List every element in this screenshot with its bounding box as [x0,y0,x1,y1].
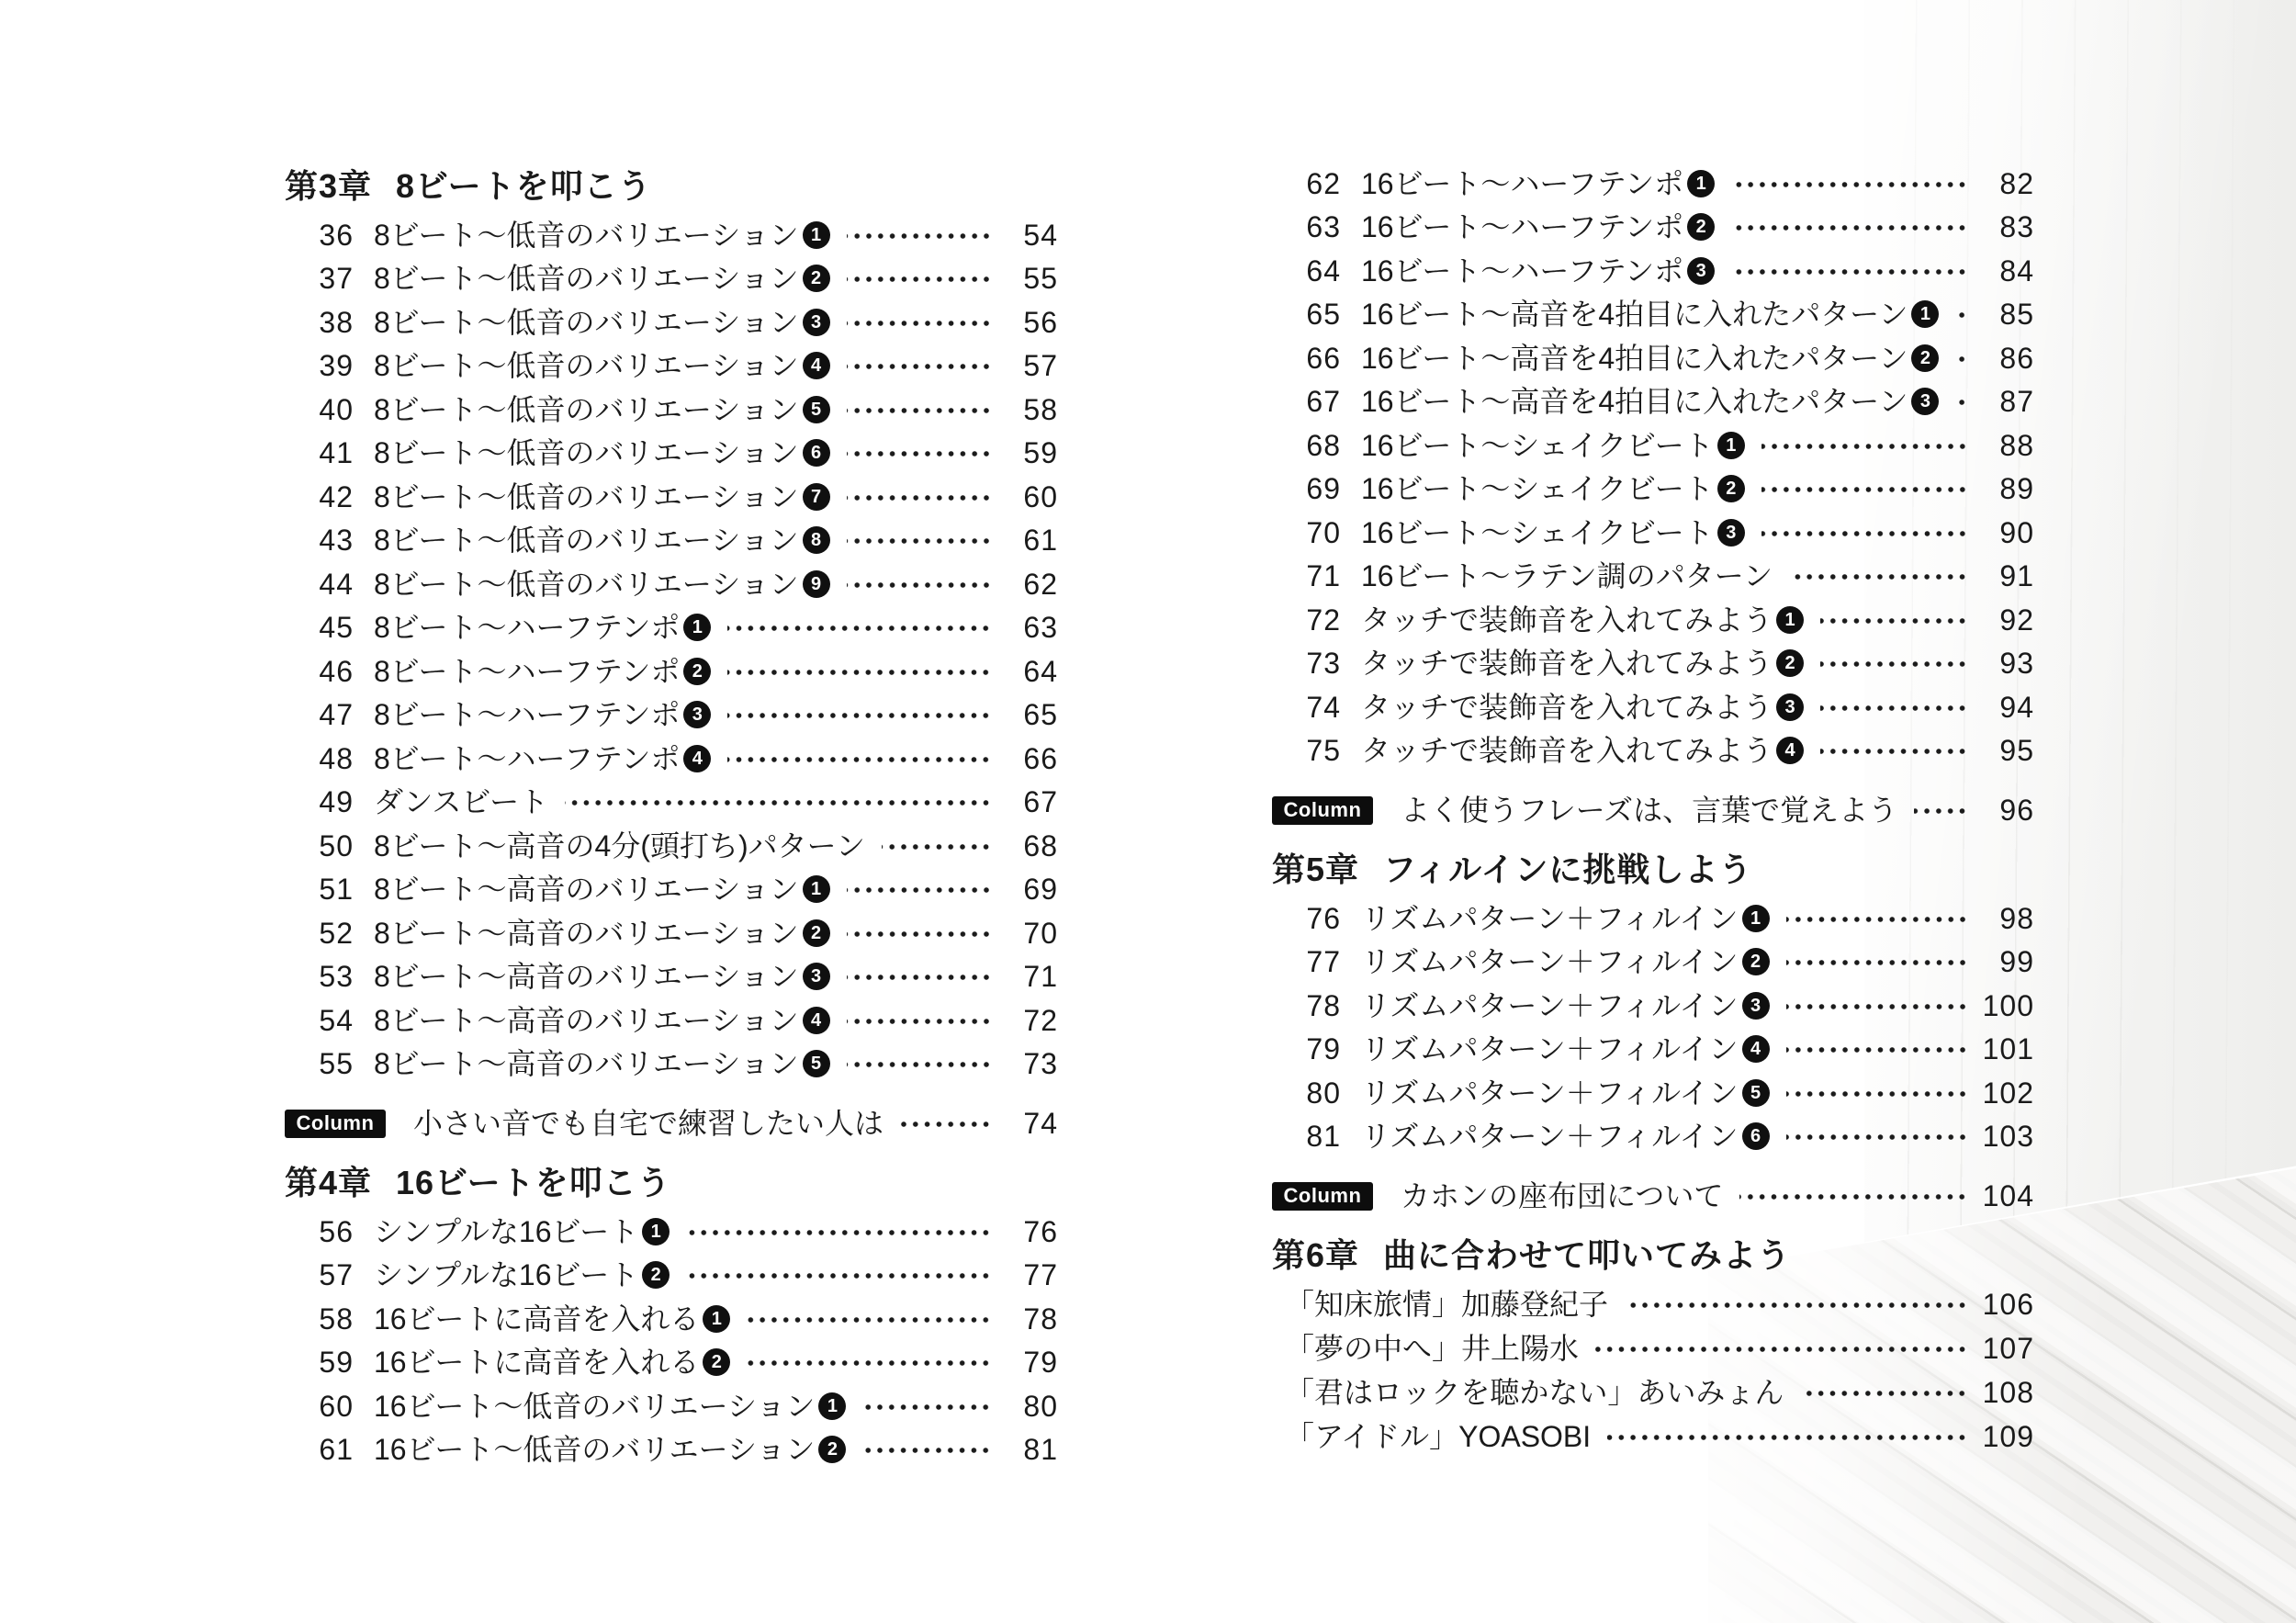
song-title: 「アイドル」YOASOBI [1285,1422,1591,1451]
toc-item: 68 16ビート～シェイクビート1 88 [1272,423,2034,468]
dot-leader [1955,395,1968,410]
item-badge-number: 3 [803,963,830,990]
item-title-text: タッチで装飾音を入れてみよう [1361,605,1773,635]
item-number: 74 [1272,693,1341,722]
dot-leader [565,795,992,810]
item-title: 8ビート～低音のバリエーション8 [374,525,830,555]
toc-item: 73 タッチで装飾音を入れてみよう2 93 [1272,642,2034,686]
item-page-number: 81 [1001,1435,1058,1464]
item-page-number: 57 [1001,351,1058,380]
toc-item: 80 リズムパターン＋フィルイン5 102 [1272,1071,2034,1115]
dot-leader [1761,482,1968,497]
item-page-number: 62 [1001,569,1058,599]
item-page-number: 90 [1977,518,2034,547]
item-title: タッチで装飾音を入れてみよう4 [1361,736,1804,765]
toc-item: 40 8ビート～低音のバリエーション5 58 [285,388,1058,432]
dot-leader [1786,1043,1968,1057]
item-badge-number: 2 [1717,475,1745,502]
chapter-label: 第3章 [285,161,372,208]
item-title: リズムパターン＋フィルイン4 [1361,1034,1770,1064]
item-title: 16ビート～ハーフテンポ2 [1361,212,1715,242]
dot-leader [847,446,992,461]
item-badge-number: 4 [683,745,711,772]
dot-leader [686,1268,992,1283]
item-page-number: 91 [1977,561,2034,591]
item-page-number: 78 [1001,1304,1058,1334]
toc-item: 47 8ビート～ハーフテンポ3 65 [285,693,1058,738]
chapter-label: 第6章 [1272,1230,1359,1277]
column-badge: Column [1272,796,1373,825]
item-title: シンプルな16ビート2 [374,1260,670,1290]
chapter-heading: 第6章 曲に合わせて叩いてみよう [1272,1233,2034,1273]
item-badge-number: 2 [803,919,830,947]
toc-right-column: 62 16ビート～ハーフテンポ1 82 63 16ビート～ハーフテンポ2 83 … [1272,162,2034,1459]
item-number: 60 [285,1392,354,1421]
toc-item: 37 8ビート～低音のバリエーション2 55 [285,257,1058,301]
chapter-title: 曲に合わせて叩いてみよう [1383,1230,1791,1277]
item-page-number: 104 [1977,1181,2034,1211]
item-badge-number: 4 [803,1007,830,1034]
item-title: 16ビートに高音を入れる2 [374,1347,730,1377]
item-page-number: 93 [1977,648,2034,678]
item-badge-number: 2 [1776,649,1804,677]
item-page-number: 89 [1977,474,2034,503]
column-note-title: よく使うフレーズは、言葉で覚えよう [1401,795,1897,825]
item-page-number: 88 [1977,431,2034,460]
dot-leader [1786,912,1968,927]
item-title: 16ビート～シェイクビート1 [1361,431,1745,460]
item-number: 55 [285,1049,354,1078]
dot-leader [847,229,992,243]
song-item: 「アイドル」YOASOBI 109 [1272,1414,2034,1459]
item-title-text: シンプルな16ビート [374,1217,638,1246]
toc-item: 62 16ビート～ハーフテンポ1 82 [1272,162,2034,206]
item-title-text: リズムパターン＋フィルイン [1361,1078,1739,1108]
dot-leader [1955,352,1968,366]
item-title: 8ビート～低音のバリエーション2 [374,264,830,293]
item-title: 8ビート～ハーフテンポ3 [374,700,711,729]
item-title: 8ビート～高音のバリエーション5 [374,1049,830,1078]
toc-item: 53 8ビート～高音のバリエーション3 71 [285,955,1058,999]
item-title-text: 16ビート～シェイクビート [1361,474,1714,503]
item-page-number: 64 [1001,657,1058,686]
item-badge-number: 2 [1687,213,1715,241]
item-number: 52 [285,919,354,948]
toc-item: 46 8ビート～ハーフテンポ2 64 [285,649,1058,693]
item-page-number: 94 [1977,693,2034,722]
item-page-number: 108 [1977,1378,2034,1407]
song-item: 「知床旅情」加藤登紀子 106 [1272,1282,2034,1326]
item-title: 16ビート～低音のバリエーション1 [374,1392,846,1421]
item-title-text: 16ビート～ハーフテンポ [1361,169,1683,198]
toc-item: 44 8ビート～低音のバリエーション9 62 [285,562,1058,606]
item-number: 58 [285,1304,354,1334]
item-page-number: 58 [1001,395,1058,424]
item-badge-number: 9 [803,570,830,598]
item-title: 8ビート～ハーフテンポ2 [374,657,711,686]
item-title-text: 16ビート～低音のバリエーション [374,1392,815,1421]
dot-leader [1786,955,1968,970]
item-page-number: 60 [1001,482,1058,512]
item-title-text: タッチで装飾音を入れてみよう [1361,648,1773,678]
item-badge-number: 7 [803,483,830,511]
chapter-title: 16ビートを叩こう [396,1157,671,1204]
item-page-number: 74 [1001,1109,1058,1138]
item-number: 65 [1272,299,1341,329]
item-title: 16ビート～ラテン調のパターン [1361,561,1773,591]
chapter-label: 第4章 [285,1157,372,1204]
dot-leader [882,840,992,854]
item-page-number: 73 [1001,1049,1058,1078]
item-page-number: 95 [1977,736,2034,765]
toc-page: 第3章 8ビートを叩こう 36 8ビート～低音のバリエーション1 54 37 8… [0,0,2296,1623]
item-title-text: 16ビート～シェイクビート [1361,518,1714,547]
item-title: リズムパターン＋フィルイン5 [1361,1078,1770,1108]
toc-item: 71 16ビート～ラテン調のパターン 91 [1272,555,2034,599]
item-badge-number: 3 [803,309,830,336]
item-page-number: 69 [1001,874,1058,904]
item-number: 64 [1272,256,1341,286]
toc-item: 66 16ビート～高音を4拍目に入れたパターン2 86 [1272,336,2034,380]
item-number: 45 [285,613,354,642]
toc-item: 79 リズムパターン＋フィルイン4 101 [1272,1028,2034,1072]
item-page-number: 96 [1977,795,2034,825]
item-badge-number: 3 [1776,693,1804,721]
item-title-text: タッチで装飾音を入れてみよう [1361,693,1773,722]
item-title: 8ビート～低音のバリエーション6 [374,438,830,468]
item-number: 73 [1272,648,1341,678]
item-badge-number: 8 [803,526,830,554]
item-number: 41 [285,438,354,468]
item-number: 70 [1272,518,1341,547]
column-badge: Column [285,1110,386,1138]
toc-item: 69 16ビート～シェイクビート2 89 [1272,468,2034,512]
item-title-text: 8ビート～ハーフテンポ [374,700,680,729]
dot-leader [1914,804,1968,818]
item-title-text: 8ビート～低音のバリエーション [374,525,799,555]
item-page-number: 99 [1977,947,2034,976]
item-badge-number: 1 [642,1218,670,1245]
dot-leader [847,490,992,505]
column-note: Column 小さい音でも自宅で練習したい人は 74 [285,1101,1058,1145]
item-title-text: リズムパターン＋フィルイン [1361,991,1739,1020]
item-title-text: 8ビート～低音のバリエーション [374,395,799,424]
item-title-text: 16ビート～ラテン調のパターン [1361,561,1773,591]
item-title: 16ビート～シェイクビート3 [1361,518,1745,547]
chapter-heading: 第5章 フィルインに挑戦しよう [1272,847,2034,887]
toc-item: 77 リズムパターン＋フィルイン2 99 [1272,941,2034,985]
item-badge-number: 1 [803,875,830,903]
item-badge-number: 1 [1687,170,1715,197]
item-page-number: 98 [1977,904,2034,933]
dot-leader [1731,265,1968,279]
toc-item: 36 8ビート～低音のバリエーション1 54 [285,213,1058,257]
item-badge-number: 3 [1911,388,1939,415]
item-number: 63 [1272,212,1341,242]
item-badge-number: 1 [1776,606,1804,634]
item-title-text: 16ビート～高音を4拍目に入れたパターン [1361,344,1908,373]
item-number: 75 [1272,736,1341,765]
item-title: 8ビート～低音のバリエーション3 [374,308,830,337]
item-title: 8ビート～高音の4分(頭打ち)パターン [374,831,865,861]
item-page-number: 54 [1001,220,1058,250]
item-badge-number: 4 [803,352,830,379]
item-title-text: 8ビート～低音のバリエーション [374,351,799,380]
toc-item: 64 16ビート～ハーフテンポ3 84 [1272,249,2034,293]
item-number: 81 [1272,1121,1341,1151]
item-badge-number: 5 [803,396,830,423]
toc-item: 39 8ビート～低音のバリエーション4 57 [285,344,1058,389]
item-title: 16ビート～高音を4拍目に入れたパターン3 [1361,387,1939,416]
song-title: 「夢の中へ」井上陽水 [1285,1334,1579,1363]
item-badge-number: 2 [1742,948,1770,975]
toc-item: 63 16ビート～ハーフテンポ2 83 [1272,206,2034,250]
toc-item: 52 8ビート～高音のバリエーション2 70 [285,911,1058,955]
dot-leader [847,359,992,374]
item-title: 8ビート～低音のバリエーション1 [374,220,830,250]
toc-item: 51 8ビート～高音のバリエーション1 69 [285,868,1058,912]
item-number: 56 [285,1217,354,1246]
item-badge-number: 1 [818,1392,846,1420]
item-number: 49 [285,787,354,817]
item-number: 68 [1272,431,1341,460]
item-page-number: 87 [1977,387,2034,416]
dot-leader [1800,1386,1968,1401]
item-title: 16ビート～低音のバリエーション2 [374,1435,846,1464]
toc-item: 42 8ビート～低音のバリエーション7 60 [285,475,1058,519]
item-page-number: 79 [1001,1347,1058,1377]
item-page-number: 80 [1001,1392,1058,1421]
dot-leader [1731,220,1968,235]
item-page-number: 109 [1977,1422,2034,1451]
column-note: Column カホンの座布団について 104 [1272,1174,2034,1218]
item-number: 43 [285,525,354,555]
item-title: 16ビート～高音を4拍目に入れたパターン1 [1361,299,1939,329]
dot-leader [862,1400,992,1414]
item-page-number: 55 [1001,264,1058,293]
item-title-text: 8ビート～低音のバリエーション [374,308,799,337]
column-note-title: カホンの座布団について [1401,1181,1723,1211]
item-title-text: シンプルな16ビート [374,1260,638,1290]
item-badge-number: 2 [1911,344,1939,372]
item-title-text: 16ビート～高音を4拍目に入れたパターン [1361,387,1908,416]
toc-item: 41 8ビート～低音のバリエーション6 59 [285,432,1058,476]
toc-item: 38 8ビート～低音のバリエーション3 56 [285,300,1058,344]
dot-leader [727,708,992,723]
item-title-text: ダンスビート [374,787,548,817]
item-number: 72 [1272,605,1341,635]
item-title: タッチで装飾音を入れてみよう1 [1361,605,1804,635]
item-number: 50 [285,831,354,861]
item-number: 62 [1272,169,1341,198]
dot-leader [847,970,992,985]
item-page-number: 77 [1001,1260,1058,1290]
item-number: 79 [1272,1034,1341,1064]
item-title: 16ビートに高音を入れる1 [374,1304,730,1334]
item-title: 8ビート～低音のバリエーション7 [374,482,830,512]
item-title-text: 16ビート～シェイクビート [1361,431,1714,460]
item-title: 8ビート～高音のバリエーション1 [374,874,830,904]
item-page-number: 101 [1977,1034,2034,1064]
item-page-number: 76 [1001,1217,1058,1246]
item-page-number: 72 [1001,1006,1058,1035]
item-page-number: 70 [1001,919,1058,948]
dot-leader [847,883,992,897]
item-page-number: 84 [1977,256,2034,286]
toc-item: 74 タッチで装飾音を入れてみよう3 94 [1272,685,2034,729]
item-badge-number: 5 [1742,1079,1770,1107]
item-badge-number: 3 [683,701,711,728]
dot-leader [727,752,992,767]
dot-leader [747,1313,992,1327]
item-title-text: 8ビート～低音のバリエーション [374,220,799,250]
item-title: リズムパターン＋フィルイン3 [1361,991,1770,1020]
item-page-number: 59 [1001,438,1058,468]
toc-item: 49 ダンスビート 67 [285,781,1058,825]
item-title-text: 8ビート～低音のバリエーション [374,569,799,599]
item-title-text: リズムパターン＋フィルイン [1361,947,1739,976]
song-title: 「君はロックを聴かない」あいみょん [1285,1378,1784,1407]
toc-item: 55 8ビート～高音のバリエーション5 73 [285,1043,1058,1087]
toc-item: 76 リズムパターン＋フィルイン1 98 [1272,896,2034,941]
toc-left-column: 第3章 8ビートを叩こう 36 8ビート～低音のバリエーション1 54 37 8… [285,163,1058,1471]
item-title-text: 8ビート～高音のバリエーション [374,1049,799,1078]
item-badge-number: 4 [1776,737,1804,764]
toc-item: 72 タッチで装飾音を入れてみよう1 92 [1272,598,2034,642]
item-page-number: 107 [1977,1334,2034,1363]
dot-leader [1820,657,1968,671]
item-number: 57 [285,1260,354,1290]
dot-leader [847,403,992,418]
item-badge-number: 6 [1742,1122,1770,1150]
item-title-text: 16ビート～ハーフテンポ [1361,212,1683,242]
item-number: 78 [1272,991,1341,1020]
dot-leader [1731,177,1968,192]
dot-leader [847,1057,992,1072]
toc-item: 65 16ビート～高音を4拍目に入れたパターン1 85 [1272,293,2034,337]
dot-leader [1607,1430,1968,1445]
dot-leader [1761,439,1968,454]
dot-leader [727,665,992,680]
item-page-number: 71 [1001,962,1058,991]
item-number: 39 [285,351,354,380]
item-page-number: 103 [1977,1121,2034,1151]
dot-leader [1789,569,1968,584]
item-title: 16ビート～高音を4拍目に入れたパターン2 [1361,344,1939,373]
chapter-heading: 第4章 16ビートを叩こう [285,1160,1058,1200]
item-badge-number: 3 [1717,519,1745,547]
item-badge-number: 1 [803,221,830,249]
item-number: 38 [285,308,354,337]
item-title-text: 8ビート～高音のバリエーション [374,962,799,991]
item-number: 47 [285,700,354,729]
item-number: 77 [1272,947,1341,976]
toc-item: 54 8ビート～高音のバリエーション4 72 [285,998,1058,1043]
item-badge-number: 2 [818,1436,846,1463]
item-page-number: 63 [1001,613,1058,642]
item-number: 59 [285,1347,354,1377]
dot-leader [847,534,992,548]
dot-leader [1820,744,1968,759]
item-title: シンプルな16ビート1 [374,1217,670,1246]
song-title: 「知床旅情」加藤登紀子 [1285,1290,1608,1319]
item-page-number: 68 [1001,831,1058,861]
dot-leader [1739,1189,1968,1204]
item-number: 76 [1272,904,1341,933]
toc-item: 61 16ビート～低音のバリエーション2 81 [285,1428,1058,1472]
item-badge-number: 1 [683,614,711,641]
item-page-number: 56 [1001,308,1058,337]
item-number: 61 [285,1435,354,1464]
toc-item: 70 16ビート～シェイクビート3 90 [1272,511,2034,555]
item-badge-number: 3 [1742,992,1770,1020]
dot-leader [1595,1342,1968,1357]
item-title-text: 8ビート～ハーフテンポ [374,744,680,773]
item-title: 8ビート～低音のバリエーション9 [374,569,830,599]
dot-leader [847,578,992,592]
item-title-text: 8ビート～ハーフテンポ [374,657,680,686]
chapter-label: 第5章 [1272,844,1359,891]
item-title-text: 16ビートに高音を入れる [374,1304,699,1334]
toc-item: 56 シンプルな16ビート1 76 [285,1210,1058,1254]
dot-leader [686,1225,992,1240]
item-title-text: 8ビート～高音のバリエーション [374,1006,799,1035]
toc-item: 67 16ビート～高音を4拍目に入れたパターン3 87 [1272,380,2034,424]
item-title-text: 8ビート～高音の4分(頭打ち)パターン [374,831,865,861]
item-number: 67 [1272,387,1341,416]
dot-leader [847,316,992,331]
item-title: 8ビート～高音のバリエーション3 [374,962,830,991]
column-note: Column よく使うフレーズは、言葉で覚えよう 96 [1272,788,2034,832]
item-page-number: 67 [1001,787,1058,817]
item-number: 71 [1272,561,1341,591]
item-badge-number: 2 [703,1348,730,1376]
item-number: 54 [285,1006,354,1035]
dot-leader [1820,701,1968,716]
item-number: 40 [285,395,354,424]
item-title: タッチで装飾音を入れてみよう3 [1361,693,1804,722]
toc-item: 75 タッチで装飾音を入れてみよう4 95 [1272,729,2034,773]
item-number: 69 [1272,474,1341,503]
item-title-text: タッチで装飾音を入れてみよう [1361,736,1773,765]
item-title-text: 8ビート～低音のバリエーション [374,438,799,468]
toc-item: 78 リズムパターン＋フィルイン3 100 [1272,984,2034,1028]
item-page-number: 86 [1977,344,2034,373]
toc-item: 81 リズムパターン＋フィルイン6 103 [1272,1115,2034,1159]
toc-item: 43 8ビート～低音のバリエーション8 61 [285,519,1058,563]
dot-leader [862,1443,992,1458]
song-item: 「君はロックを聴かない」あいみょん 108 [1272,1370,2034,1414]
item-title-text: 16ビート～ハーフテンポ [1361,256,1683,286]
item-title: 8ビート～ハーフテンポ1 [374,613,711,642]
item-title-text: 16ビート～高音を4拍目に入れたパターン [1361,299,1908,329]
item-title: リズムパターン＋フィルイン1 [1361,904,1770,933]
item-title: 8ビート～低音のバリエーション5 [374,395,830,424]
item-page-number: 102 [1977,1078,2034,1108]
item-badge-number: 5 [803,1050,830,1077]
item-badge-number: 2 [803,265,830,292]
song-item: 「夢の中へ」井上陽水 107 [1272,1326,2034,1370]
item-page-number: 92 [1977,605,2034,635]
item-number: 48 [285,744,354,773]
item-title-text: 8ビート～高音のバリエーション [374,919,799,948]
item-page-number: 85 [1977,299,2034,329]
toc-item: 48 8ビート～ハーフテンポ4 66 [285,737,1058,781]
item-number: 66 [1272,344,1341,373]
item-title-text: 16ビート～低音のバリエーション [374,1435,815,1464]
item-title-text: 8ビート～ハーフテンポ [374,613,680,642]
item-badge-number: 6 [803,439,830,467]
